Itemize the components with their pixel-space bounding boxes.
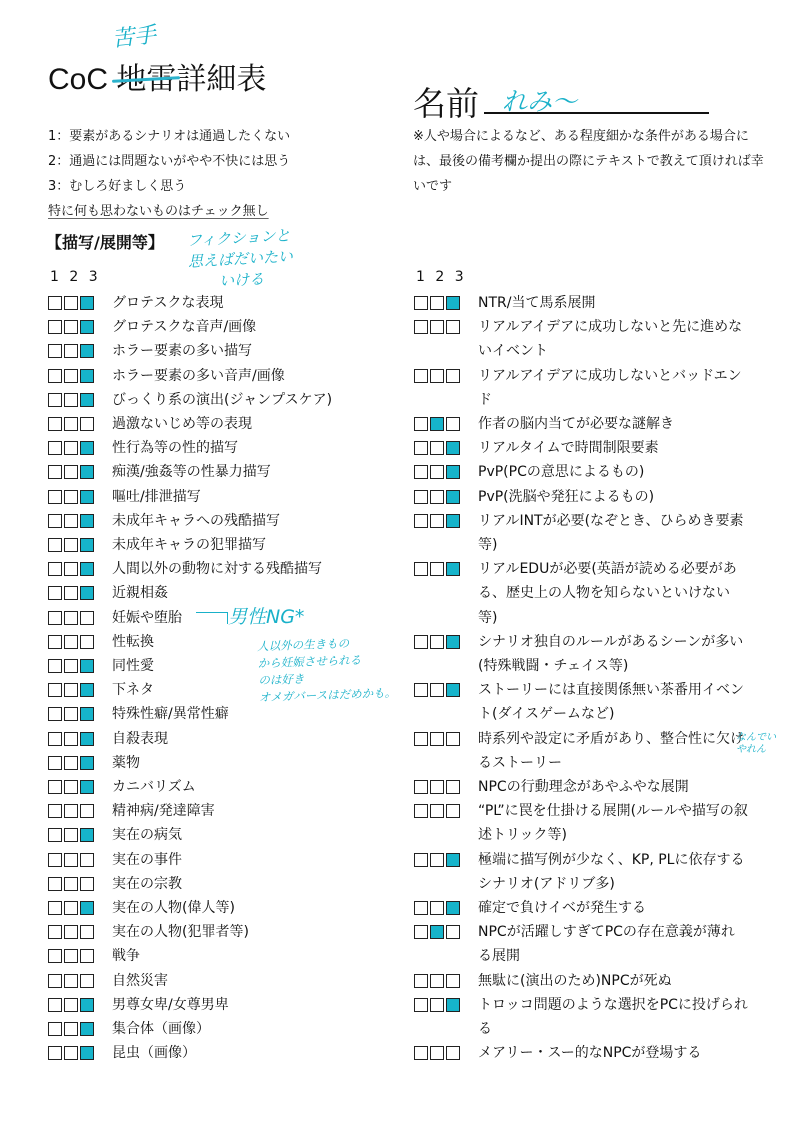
checkbox-3[interactable] xyxy=(80,538,94,552)
rating-checkboxes xyxy=(48,436,112,455)
rating-checkboxes xyxy=(48,823,112,842)
checkbox-3[interactable] xyxy=(80,1046,94,1060)
checkbox-3[interactable] xyxy=(446,490,460,504)
checkbox-3[interactable] xyxy=(446,901,460,915)
rating-checkboxes xyxy=(48,412,112,431)
checkbox-2[interactable] xyxy=(430,490,444,504)
checkbox-2[interactable] xyxy=(64,1046,78,1060)
rating-checkboxes xyxy=(48,606,112,625)
item-label: 確定で負けイベが発生する xyxy=(478,896,748,920)
checkbox-3[interactable] xyxy=(80,344,94,358)
checklist-row: “PL”に罠を仕掛ける展開(ルールや描写の叙述トリック等) xyxy=(414,799,794,847)
checklist-row: リアルEDUが必要(英語が読める必要がある、歴史上の人物を知らないといけない等) xyxy=(414,557,794,630)
checkbox-1[interactable] xyxy=(48,707,62,721)
item-label: リアルアイデアに成功しないとバッドエンド xyxy=(478,364,748,412)
item-label: 自然災害 xyxy=(112,969,408,993)
checkbox-3[interactable] xyxy=(80,901,94,915)
checklist-row: リアルアイデアに成功しないとバッドエンド xyxy=(414,364,794,412)
checkbox-2[interactable] xyxy=(64,853,78,867)
legend-note: 特に何も思わないものはチェック無し xyxy=(48,199,290,224)
checkbox-2[interactable] xyxy=(430,441,444,455)
checkbox-2[interactable] xyxy=(64,320,78,334)
checkbox-1[interactable] xyxy=(48,949,62,963)
checkbox-1[interactable] xyxy=(414,369,428,383)
item-label: カニバリズム xyxy=(112,775,408,799)
item-label: トロッコ問題のような選択をPCに投げられる xyxy=(478,993,748,1041)
checkbox-2[interactable] xyxy=(64,756,78,770)
checklist-row: 自然災害 xyxy=(48,969,408,993)
rating-checkboxes xyxy=(48,702,112,721)
checkbox-3[interactable] xyxy=(80,586,94,600)
checkbox-1[interactable] xyxy=(414,998,428,1012)
checkbox-2[interactable] xyxy=(430,514,444,528)
right-checklist: 1 2 3 NTR/当て馬系展開リアルアイデアに成功しないと先に進めないイベント… xyxy=(414,266,794,1066)
rating-checkboxes xyxy=(48,896,112,915)
checkbox-1[interactable] xyxy=(48,901,62,915)
checklist-row: 精神病/発達障害 xyxy=(48,799,408,823)
checkbox-2[interactable] xyxy=(64,417,78,431)
checkbox-2[interactable] xyxy=(64,877,78,891)
notice-text: ※人や場合によるなど、ある程度細かな条件がある場合には、最後の備考欄か提出の際に… xyxy=(413,124,773,199)
checkbox-1[interactable] xyxy=(414,514,428,528)
rating-checkboxes xyxy=(414,799,478,818)
rating-checkboxes xyxy=(414,460,478,479)
rating-checkboxes xyxy=(48,727,112,746)
item-label: リアルINTが必要(なぞとき、ひらめき要素等) xyxy=(478,509,748,557)
checkbox-2[interactable] xyxy=(430,635,444,649)
checkbox-2[interactable] xyxy=(430,465,444,479)
checkbox-2[interactable] xyxy=(64,514,78,528)
checkbox-3[interactable] xyxy=(80,974,94,988)
checkbox-1[interactable] xyxy=(414,853,428,867)
item-label: リアルEDUが必要(英語が読める必要がある、歴史上の人物を知らないといけない等) xyxy=(478,557,748,630)
checklist-row: 痴漢/強姦等の性暴力描写 xyxy=(48,460,408,484)
rating-checkboxes xyxy=(414,291,478,310)
checklist-row: 未成年キャラへの残酷描写 xyxy=(48,509,408,533)
legend-line-2: 2：通過には問題ないがやや不快には思う xyxy=(48,149,290,174)
checklist-row: シナリオ独自のルールがあるシーンが多い(特殊戦闘・チェイス等) xyxy=(414,630,794,678)
checklist-row: 男尊女卑/女尊男卑 xyxy=(48,993,408,1017)
checkbox-3[interactable] xyxy=(446,998,460,1012)
checkbox-1[interactable] xyxy=(48,925,62,939)
checkbox-3[interactable] xyxy=(446,369,460,383)
rating-checkboxes xyxy=(48,533,112,552)
checkbox-1[interactable] xyxy=(414,804,428,818)
title-struck-word: 地雷 xyxy=(116,54,176,98)
item-label: 集合体（画像） xyxy=(112,1017,408,1041)
checkbox-1[interactable] xyxy=(414,417,428,431)
checkbox-2[interactable] xyxy=(430,780,444,794)
checkbox-1[interactable] xyxy=(414,320,428,334)
checklist-row: リアルタイムで時間制限要素 xyxy=(414,436,794,460)
checkbox-3[interactable] xyxy=(80,562,94,576)
item-label: 実在の人物(犯罪者等) xyxy=(112,920,408,944)
checkbox-2[interactable] xyxy=(430,804,444,818)
checkbox-2[interactable] xyxy=(430,1046,444,1060)
section-title: 【描写/展開等】 xyxy=(46,230,164,253)
checkbox-3[interactable] xyxy=(80,659,94,673)
item-label: 薬物 xyxy=(112,751,408,775)
rating-checkboxes xyxy=(48,969,112,988)
item-label: 未成年キャラへの残酷描写 xyxy=(112,509,408,533)
checkbox-1[interactable] xyxy=(48,659,62,673)
checkbox-1[interactable] xyxy=(48,1022,62,1036)
checkbox-2[interactable] xyxy=(64,465,78,479)
checklist-row: ホラー要素の多い音声/画像 xyxy=(48,364,408,388)
item-label: シナリオ独自のルールがあるシーンが多い(特殊戦闘・チェイス等) xyxy=(478,630,748,678)
checklist-row: 確定で負けイベが発生する xyxy=(414,896,794,920)
checkbox-1[interactable] xyxy=(414,635,428,649)
checkbox-1[interactable] xyxy=(414,683,428,697)
checkbox-3[interactable] xyxy=(446,925,460,939)
checkbox-2[interactable] xyxy=(64,732,78,746)
rating-checkboxes xyxy=(48,388,112,407)
checkbox-1[interactable] xyxy=(48,828,62,842)
checkbox-2[interactable] xyxy=(430,974,444,988)
checkbox-3[interactable] xyxy=(446,465,460,479)
item-label: NPCの行動理念があやふやな展開 xyxy=(478,775,748,799)
rating-checkboxes xyxy=(414,412,478,431)
checkbox-1[interactable] xyxy=(48,756,62,770)
checkbox-3[interactable] xyxy=(446,853,460,867)
checkbox-2[interactable] xyxy=(64,296,78,310)
checkbox-1[interactable] xyxy=(48,320,62,334)
checklist-row: トロッコ問題のような選択をPCに投げられる xyxy=(414,993,794,1041)
checklist-row: NPCの行動理念があやふやな展開 xyxy=(414,775,794,799)
checklist-row: 実在の事件 xyxy=(48,848,408,872)
checkbox-1[interactable] xyxy=(414,490,428,504)
checklist-row: 特殊性癖/異常性癖 xyxy=(48,702,408,726)
item-label: ホラー要素の多い描写 xyxy=(112,339,408,363)
checkbox-3[interactable] xyxy=(80,417,94,431)
checkbox-2[interactable] xyxy=(64,635,78,649)
rating-checkboxes xyxy=(414,678,478,697)
checkbox-1[interactable] xyxy=(48,538,62,552)
checkbox-3[interactable] xyxy=(446,417,460,431)
rating-checkboxes xyxy=(48,630,112,649)
item-label: 戦争 xyxy=(112,944,408,968)
rating-checkboxes xyxy=(414,969,478,988)
checklist-row: ストーリーには直接関係無い茶番用イベント(ダイスゲームなど) xyxy=(414,678,794,726)
checkbox-1[interactable] xyxy=(48,490,62,504)
checkbox-3[interactable] xyxy=(80,635,94,649)
rating-checkboxes xyxy=(48,993,112,1012)
rating-checkboxes xyxy=(48,1041,112,1060)
item-label: 自殺表現 xyxy=(112,727,408,751)
checkbox-3[interactable] xyxy=(80,707,94,721)
item-label: 嘔吐/排泄描写 xyxy=(112,485,408,509)
checkbox-2[interactable] xyxy=(64,707,78,721)
checkbox-1[interactable] xyxy=(414,296,428,310)
rating-checkboxes xyxy=(414,920,478,939)
checkbox-1[interactable] xyxy=(48,393,62,407)
title-suffix: 詳細表 xyxy=(176,62,266,97)
checkbox-2[interactable] xyxy=(64,369,78,383)
checkbox-1[interactable] xyxy=(48,877,62,891)
checkbox-3[interactable] xyxy=(446,296,460,310)
checkbox-3[interactable] xyxy=(446,441,460,455)
checklist-row: 未成年キャラの犯罪描写 xyxy=(48,533,408,557)
item-label: 過激ないじめ等の表現 xyxy=(112,412,408,436)
checkbox-3[interactable] xyxy=(80,1022,94,1036)
checklist-row: 実在の人物(犯罪者等) xyxy=(48,920,408,944)
rating-checkboxes xyxy=(48,581,112,600)
checkbox-2[interactable] xyxy=(64,586,78,600)
checkbox-2[interactable] xyxy=(64,901,78,915)
checklist-row: リアルアイデアに成功しないと先に進めないイベント xyxy=(414,315,794,363)
checklist-row: 極端に描写例が少なく、KP, PLに依存するシナリオ(アドリブ多) xyxy=(414,848,794,896)
checkbox-3[interactable] xyxy=(446,804,460,818)
item-label: 精神病/発達障害 xyxy=(112,799,408,823)
rating-checkboxes xyxy=(414,1041,478,1060)
checkbox-3[interactable] xyxy=(80,514,94,528)
checkbox-2[interactable] xyxy=(64,611,78,625)
column-header-numbers: 1 2 3 xyxy=(414,266,794,291)
checkbox-1[interactable] xyxy=(48,465,62,479)
checkbox-3[interactable] xyxy=(80,490,94,504)
checkbox-1[interactable] xyxy=(414,562,428,576)
checkbox-3[interactable] xyxy=(80,925,94,939)
checkbox-2[interactable] xyxy=(430,320,444,334)
rating-checkboxes xyxy=(414,993,478,1012)
checkbox-2[interactable] xyxy=(64,441,78,455)
rating-checkboxes xyxy=(48,1017,112,1036)
item-label: 実在の病気 xyxy=(112,823,408,847)
rating-checkboxes xyxy=(48,557,112,576)
checklist-row: グロテスクな音声/画像 xyxy=(48,315,408,339)
column-header-numbers: 1 2 3 xyxy=(48,266,408,291)
rating-checkboxes xyxy=(48,460,112,479)
rating-checkboxes xyxy=(414,727,478,746)
checkbox-3[interactable] xyxy=(80,393,94,407)
checkbox-3[interactable] xyxy=(80,611,94,625)
checkbox-2[interactable] xyxy=(430,998,444,1012)
name-label: 名前 xyxy=(413,78,479,125)
checkbox-2[interactable] xyxy=(64,780,78,794)
rating-checkboxes xyxy=(48,364,112,383)
checkbox-2[interactable] xyxy=(430,296,444,310)
item-label: PvP(洗脳や発狂によるもの) xyxy=(478,485,748,509)
checklist-row: 性行為等の性的描写 xyxy=(48,436,408,460)
checkbox-3[interactable] xyxy=(446,1046,460,1060)
item-label: 無駄に(演出のため)NPCが死ぬ xyxy=(478,969,748,993)
page-title: CoC 地雷詳細表 xyxy=(48,54,266,98)
legend-line-3: 3：むしろ好ましく思う xyxy=(48,174,290,199)
checkbox-2[interactable] xyxy=(64,804,78,818)
checklist-row: 薬物 xyxy=(48,751,408,775)
checklist-row: PvP(洗脳や発狂によるもの) xyxy=(414,485,794,509)
checkbox-1[interactable] xyxy=(48,514,62,528)
checkbox-1[interactable] xyxy=(48,611,62,625)
checkbox-1[interactable] xyxy=(48,974,62,988)
rating-checkboxes xyxy=(48,315,112,334)
item-label: 実在の事件 xyxy=(112,848,408,872)
checkbox-1[interactable] xyxy=(48,369,62,383)
checklist-row: ホラー要素の多い描写 xyxy=(48,339,408,363)
checkbox-1[interactable] xyxy=(48,344,62,358)
checkbox-3[interactable] xyxy=(446,683,460,697)
checklist-row: カニバリズム xyxy=(48,775,408,799)
checkbox-3[interactable] xyxy=(80,998,94,1012)
checkbox-2[interactable] xyxy=(64,828,78,842)
checkbox-1[interactable] xyxy=(48,635,62,649)
checkbox-2[interactable] xyxy=(64,659,78,673)
checkbox-1[interactable] xyxy=(414,925,428,939)
rating-checkboxes xyxy=(48,678,112,697)
item-label: グロテスクな音声/画像 xyxy=(112,315,408,339)
checkbox-2[interactable] xyxy=(64,683,78,697)
checkbox-2[interactable] xyxy=(64,925,78,939)
rating-checkboxes xyxy=(414,848,478,867)
item-label: グロテスクな表現 xyxy=(112,291,408,315)
checkbox-3[interactable] xyxy=(446,974,460,988)
checkbox-2[interactable] xyxy=(64,998,78,1012)
checkbox-3[interactable] xyxy=(80,780,94,794)
checkbox-2[interactable] xyxy=(430,562,444,576)
checklist-row: 実在の人物(偉人等) xyxy=(48,896,408,920)
checkbox-1[interactable] xyxy=(48,853,62,867)
rating-checkboxes xyxy=(48,775,112,794)
rating-checkboxes xyxy=(414,557,478,576)
checkbox-2[interactable] xyxy=(64,1022,78,1036)
checklist-row: 嘔吐/排泄描写 xyxy=(48,485,408,509)
rating-checkboxes xyxy=(48,509,112,528)
rating-checkboxes xyxy=(414,485,478,504)
rating-checkboxes xyxy=(48,944,112,963)
item-label: 時系列や設定に矛盾があり、整合性に欠けるストーリー xyxy=(478,727,748,775)
checkbox-1[interactable] xyxy=(48,804,62,818)
checkbox-1[interactable] xyxy=(48,998,62,1012)
checkbox-1[interactable] xyxy=(414,441,428,455)
checkbox-2[interactable] xyxy=(430,683,444,697)
checkbox-3[interactable] xyxy=(80,756,94,770)
checklist-row: 自殺表現 xyxy=(48,727,408,751)
item-label: 人間以外の動物に対する残酷描写 xyxy=(112,557,408,581)
rating-checkboxes xyxy=(48,485,112,504)
checkbox-2[interactable] xyxy=(64,562,78,576)
checkbox-3[interactable] xyxy=(80,441,94,455)
checkbox-3[interactable] xyxy=(446,732,460,746)
checkbox-2[interactable] xyxy=(430,369,444,383)
checkbox-3[interactable] xyxy=(80,732,94,746)
item-label: 実在の宗教 xyxy=(112,872,408,896)
checkbox-2[interactable] xyxy=(430,901,444,915)
rating-checkboxes xyxy=(414,364,478,383)
annotation-inconsistency-note: なんでい やれん xyxy=(736,732,776,756)
checklist-row: NTR/当て馬系展開 xyxy=(414,291,794,315)
checkbox-1[interactable] xyxy=(48,296,62,310)
checkbox-3[interactable] xyxy=(80,877,94,891)
checkbox-2[interactable] xyxy=(430,925,444,939)
rating-checkboxes xyxy=(48,339,112,358)
checklist-row: PvP(PCの意思によるもの) xyxy=(414,460,794,484)
rating-checkboxes xyxy=(48,872,112,891)
checkbox-1[interactable] xyxy=(48,417,62,431)
checkbox-1[interactable] xyxy=(414,780,428,794)
rating-checkboxes xyxy=(414,630,478,649)
checkbox-3[interactable] xyxy=(80,296,94,310)
name-field[interactable]: れみ〜 xyxy=(502,82,577,118)
checkbox-1[interactable] xyxy=(48,1046,62,1060)
item-label: ストーリーには直接関係無い茶番用イベント(ダイスゲームなど) xyxy=(478,678,748,726)
item-label: 昆虫（画像） xyxy=(112,1041,408,1065)
checkbox-3[interactable] xyxy=(446,780,460,794)
checkbox-1[interactable] xyxy=(48,732,62,746)
checkbox-2[interactable] xyxy=(64,344,78,358)
checkbox-3[interactable] xyxy=(446,562,460,576)
checkbox-1[interactable] xyxy=(414,1046,428,1060)
item-label: 痴漢/強姦等の性暴力描写 xyxy=(112,460,408,484)
checkbox-1[interactable] xyxy=(414,732,428,746)
checkbox-1[interactable] xyxy=(48,683,62,697)
checkbox-1[interactable] xyxy=(414,974,428,988)
checklist-row: 実在の病気 xyxy=(48,823,408,847)
legend: 1：要素があるシナリオは通過したくない 2：通過には問題ないがやや不快には思う … xyxy=(48,124,290,224)
item-label: 性行為等の性的描写 xyxy=(112,436,408,460)
checkbox-3[interactable] xyxy=(80,828,94,842)
checklist-row: メアリー・スー的なNPCが登場する xyxy=(414,1041,794,1065)
rating-checkboxes xyxy=(414,775,478,794)
checkbox-2[interactable] xyxy=(64,538,78,552)
rating-checkboxes xyxy=(48,848,112,867)
checklist-row: リアルINTが必要(なぞとき、ひらめき要素等) xyxy=(414,509,794,557)
checkbox-3[interactable] xyxy=(80,949,94,963)
checkbox-3[interactable] xyxy=(80,683,94,697)
checkbox-1[interactable] xyxy=(48,586,62,600)
item-label: PvP(PCの意思によるもの) xyxy=(478,460,748,484)
rating-checkboxes xyxy=(48,654,112,673)
checkbox-1[interactable] xyxy=(414,901,428,915)
checkbox-2[interactable] xyxy=(430,732,444,746)
rating-checkboxes xyxy=(414,896,478,915)
rating-checkboxes xyxy=(414,436,478,455)
checkbox-2[interactable] xyxy=(430,417,444,431)
checkbox-1[interactable] xyxy=(414,465,428,479)
title-prefix: CoC xyxy=(48,63,116,96)
checkbox-1[interactable] xyxy=(48,562,62,576)
rating-checkboxes xyxy=(414,509,478,528)
item-label: NPCが活躍しすぎてPCの存在意義が薄れる展開 xyxy=(478,920,748,968)
checkbox-2[interactable] xyxy=(64,393,78,407)
checkbox-2[interactable] xyxy=(64,949,78,963)
item-label: びっくり系の演出(ジャンプスケア) xyxy=(112,388,408,412)
checkbox-3[interactable] xyxy=(446,635,460,649)
checkbox-3[interactable] xyxy=(80,320,94,334)
item-label: 作者の脳内当てが必要な謎解き xyxy=(478,412,748,436)
checkbox-1[interactable] xyxy=(48,780,62,794)
checkbox-3[interactable] xyxy=(80,804,94,818)
checkbox-2[interactable] xyxy=(64,974,78,988)
checkbox-2[interactable] xyxy=(64,490,78,504)
checkbox-3[interactable] xyxy=(80,853,94,867)
checkbox-3[interactable] xyxy=(446,320,460,334)
rating-checkboxes xyxy=(48,920,112,939)
checklist-row: 実在の宗教 xyxy=(48,872,408,896)
rating-checkboxes xyxy=(48,751,112,770)
checkbox-3[interactable] xyxy=(80,369,94,383)
arrow-icon xyxy=(196,612,228,624)
checkbox-2[interactable] xyxy=(430,853,444,867)
item-label: メアリー・スー的なNPCが登場する xyxy=(478,1041,748,1065)
checklist-row: 作者の脳内当てが必要な謎解き xyxy=(414,412,794,436)
rating-checkboxes xyxy=(48,291,112,310)
checkbox-3[interactable] xyxy=(446,514,460,528)
checklist-row: NPCが活躍しすぎてPCの存在意義が薄れる展開 xyxy=(414,920,794,968)
checkbox-1[interactable] xyxy=(48,441,62,455)
annotation-pregnancy-note: 人以外の生きもの から妊娠させられる のは好き オメガバースはだめかも。 xyxy=(257,634,397,707)
rating-checkboxes xyxy=(48,799,112,818)
checkbox-3[interactable] xyxy=(80,465,94,479)
